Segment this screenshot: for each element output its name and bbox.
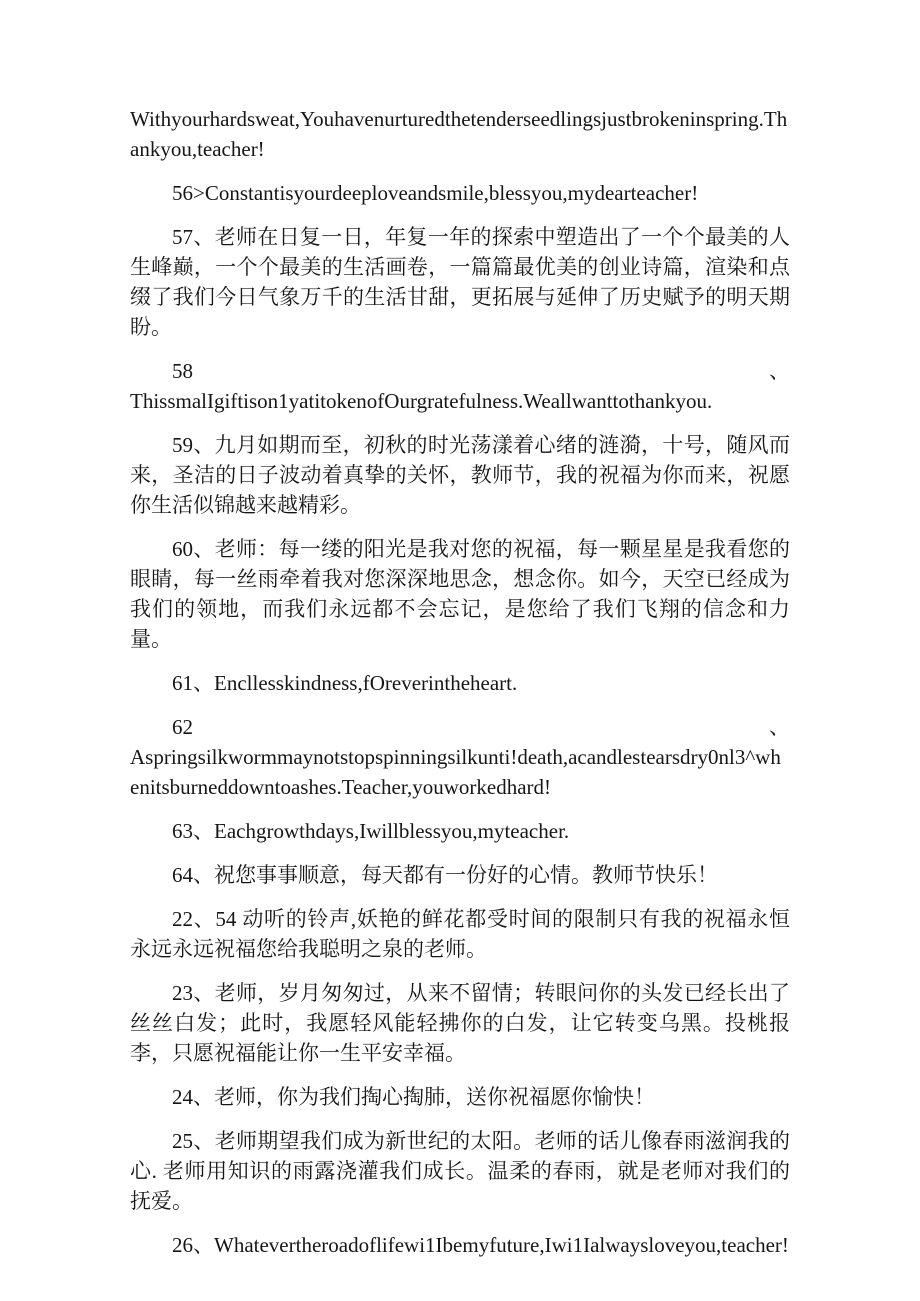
list-item-60: 60、老师：每一缕的阳光是我对您的祝福，每一颗星星是我看您的眼睛，每一丝雨牵着我…: [130, 534, 790, 654]
list-item-59: 59、九月如期而至，初秋的时光荡漾着心绪的涟漪，十号，随风而来，圣洁的日子波动着…: [130, 430, 790, 520]
list-item-57: 57、老师在日复一日，年复一年的探索中塑造出了一个个最美的人生峰巅，一个个最美的…: [130, 222, 790, 342]
list-item-58: 58、ThissmalIgiftison1yatitokenofOurgrate…: [130, 356, 790, 416]
list-item-25: 25、老师期望我们成为新世纪的太阳。老师的话儿像春雨滋润我的心. 老师用知识的雨…: [130, 1126, 790, 1216]
list-item-64: 64、祝您事事顺意，每天都有一份好的心情。教师节快乐！: [130, 860, 790, 890]
list-item-63: 63、Eachgrowthdays,Iwillblessyou,myteache…: [130, 816, 790, 846]
list-item-22: 22、54 动听的铃声,妖艳的鲜花都受时间的限制只有我的祝福永恒永远永远祝福您给…: [130, 904, 790, 964]
list-item-26: 26、Whatevertheroadoflifewi1Ibemyfuture,I…: [130, 1230, 790, 1260]
list-item-61: 61、Encllesskindness,fOreverintheheart.: [130, 668, 790, 698]
list-item-23: 23、老师，岁月匆匆过，从来不留情；转眼问你的头发已经长出了丝丝白发；此时，我愿…: [130, 978, 790, 1068]
list-item-62: 62、Aspringsilkwormmaynotstopspinningsilk…: [130, 712, 790, 802]
list-item-56: 56>Constantisyourdeeploveandsmile,blessy…: [130, 178, 790, 208]
paragraph-continuation: Withyourhardsweat,Youhavenurturedthetend…: [130, 104, 790, 164]
document-page: Withyourhardsweat,Youhavenurturedthetend…: [0, 0, 920, 1301]
list-item-24: 24、老师，你为我们掏心掏肺，送你祝福愿你愉快！: [130, 1082, 790, 1112]
